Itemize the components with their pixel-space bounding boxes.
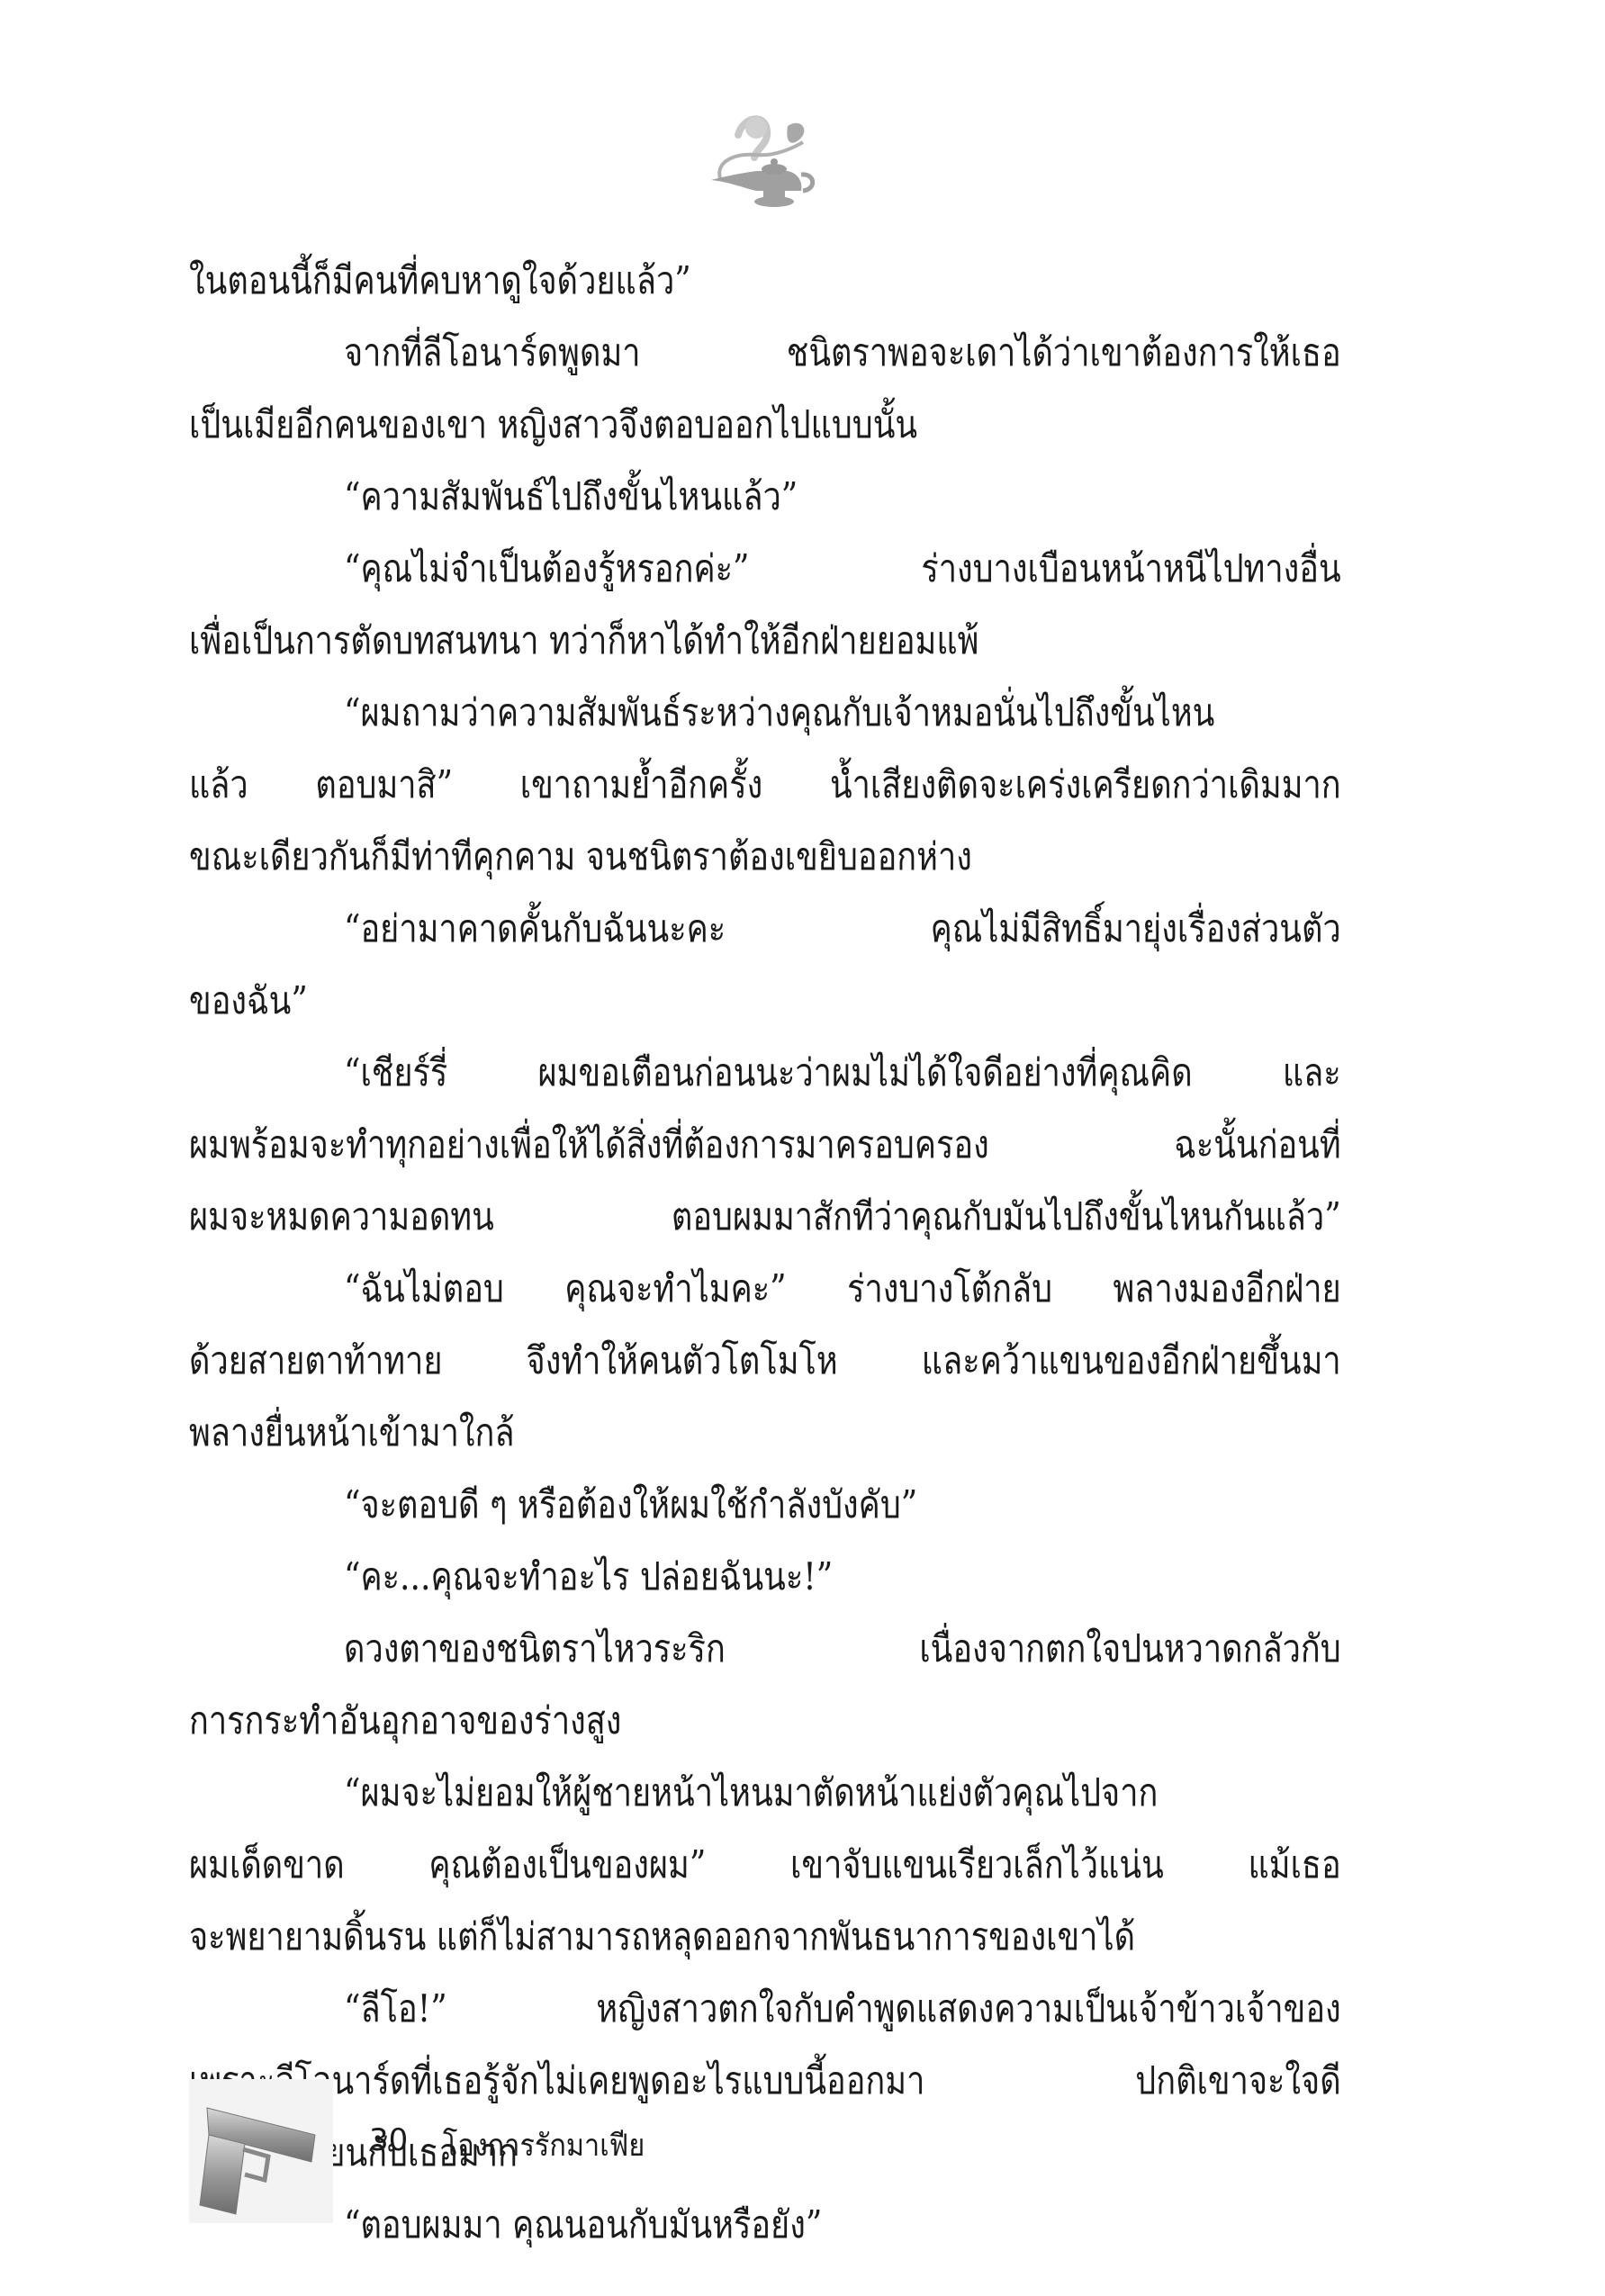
pistol-svg xyxy=(189,2079,333,2223)
text-line: จากที่ลีโอนาร์ดพูดมา ชนิตราพอจะเดาได้ว่า… xyxy=(189,317,1341,389)
chapter-body: ในตอนนี้ก็มีคนที่คบหาดูใจด้วยแล้ว” จากที… xyxy=(189,245,1341,2261)
text-line: “ผมจะไม่ยอมให้ผู้ชายหน้าไหนมาตัดหน้าแย่ง… xyxy=(189,1757,1341,1829)
text-line: “คะ...คุณจะทำอะไร ปล่อยฉันนะ!” xyxy=(189,1541,1180,1613)
text-line: แล้ว ตอบมาสิ” เขาถามย้ำอีกครั้ง น้ำเสียง… xyxy=(189,749,1341,821)
text-line: ผมเด็ดขาด คุณต้องเป็นของผม” เขาจับแขนเรี… xyxy=(189,1829,1341,1901)
text-line: “ผมถามว่าความสัมพันธ์ระหว่างคุณกับเจ้าหม… xyxy=(189,677,1341,749)
text-line: ดวงตาของชนิตราไหวระริก เนื่องจากตกใจปนหว… xyxy=(189,1613,1341,1685)
text-line: เป็นเมียอีกคนของเขา หญิงสาวจึงตอบออกไปแบ… xyxy=(189,389,1180,461)
text-line: “เชียร์รี่ ผมขอเตือนก่อนนะว่าผมไม่ได้ใจด… xyxy=(189,1037,1341,1109)
page-footer: 30 โองการรักมาเฟีย xyxy=(180,2070,810,2232)
text-line: ผมพร้อมจะทำทุกอย่างเพื่อให้ได้สิ่งที่ต้อ… xyxy=(189,1109,1341,1181)
text-line: “จะตอบดี ๆ หรือต้องให้ผมใช้กำลังบังคับ” xyxy=(189,1469,1180,1541)
text-line: พลางยื่นหน้าเข้ามาใกล้ xyxy=(189,1397,1180,1469)
book-title: โองการรักมาเฟีย xyxy=(443,2120,645,2169)
text-line: ของฉัน” xyxy=(189,965,1180,1037)
text-line: จะพยายามดิ้นรน แต่ก็ไม่สามารถหลุดออกจากพ… xyxy=(189,1901,1180,1973)
text-line: “คุณไม่จำเป็นต้องรู้หรอกค่ะ” ร่างบางเบือ… xyxy=(189,533,1341,605)
text-line: ผมจะหมดความอดทน ตอบผมมาสักทีว่าคุณกับมัน… xyxy=(189,1181,1341,1253)
page-number: 30 xyxy=(369,2122,408,2158)
text-line: ขณะเดียวกันก็มีท่าทีคุกคาม จนชนิตราต้องเ… xyxy=(189,821,1180,893)
text-line: ในตอนนี้ก็มีคนที่คบหาดูใจด้วยแล้ว” xyxy=(189,245,1180,317)
text-line: “ความสัมพันธ์ไปถึงขั้นไหนแล้ว” xyxy=(189,461,1180,533)
genie-lamp-icon xyxy=(702,108,828,216)
genie-lamp-svg xyxy=(702,108,828,216)
text-line: การกระทำอันอุกอาจของร่างสูง xyxy=(189,1685,1180,1757)
book-page: ในตอนนี้ก็มีคนที่คบหาดูใจด้วยแล้ว” จากที… xyxy=(0,0,1605,2296)
text-line: “ฉันไม่ตอบ คุณจะทำไมคะ” ร่างบางโต้กลับ พ… xyxy=(189,1253,1341,1325)
pistol-icon xyxy=(189,2079,333,2223)
text-line: “อย่ามาคาดคั้นกับฉันนะคะ คุณไม่มีสิทธิ์ม… xyxy=(189,893,1341,965)
text-line: เพื่อเป็นการตัดบทสนทนา ทว่าก็หาได้ทำให้อ… xyxy=(189,605,1180,677)
text-line: “ลีโอ!” หญิงสาวตกใจกับคำพูดแสดงความเป็นเ… xyxy=(189,1973,1341,2045)
text-line: ด้วยสายตาท้าทาย จึงทำให้คนตัวโตโมโห และค… xyxy=(189,1325,1341,1397)
